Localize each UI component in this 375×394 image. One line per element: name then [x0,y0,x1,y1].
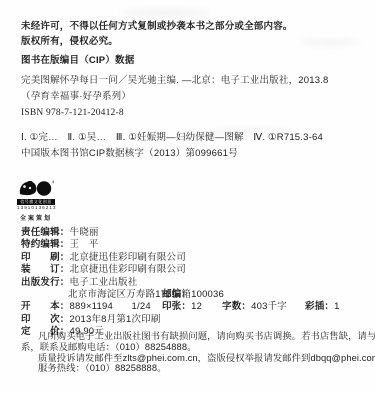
planning-agency-stamp: ® 信号旗文化创意 13910136213 全案策划 [17,179,55,222]
color-plates: 彩插：1 [305,301,340,313]
scan-artifact [300,38,360,46]
row-label: 开 本： [21,301,70,312]
printer-row: 印 刷：北京捷迅佳彩印刷有限公司 [21,252,361,264]
row-label: 印 次： [21,314,70,325]
cip-series: （孕育幸福事·好孕系列） [21,90,329,103]
copyright-notice: 未经许可，不得以任何方式复制或抄袭本书之部分或全部内容。 版权所有，侵权必究。 [21,19,293,49]
service-notice-block: 凡所购买电子工业出版社图书有缺损问题，请向购买书店调换。若书店售缺，请与本社发行… [21,331,361,374]
cip-heading: 图书在版编目（CIP）数据 [21,54,329,67]
notice-line-1: 未经许可，不得以任何方式复制或抄袭本书之部分或全部内容。 [21,19,293,34]
cip-data-block: 图书在版编目（CIP）数据 完美图解怀孕每日一问／吴光驰主编. —北京：电子工业… [21,54,329,160]
word-count: 字数：403千字 [222,301,287,313]
copyright-page: 未经许可，不得以任何方式复制或抄袭本书之部分或全部内容。 版权所有，侵权必究。 … [0,0,375,394]
contributing-editor-row: 特约编辑：王 平 [21,239,361,251]
publisher-row: 出版发行：电子工业出版社 [21,277,361,289]
service-hotline-line: 服务热线：（010）88258888。 [21,363,361,374]
row-value: 王 平 [70,239,99,250]
binding-row: 装 订：北京捷迅佳彩印刷有限公司 [21,264,361,276]
notice-line-2: 版权所有，侵权必究。 [21,34,293,49]
row-value: 2013年8月第1次印刷 [70,314,161,325]
format-row: 开 本：889×11941/24 印张：12 字数：403千字 彩插：1 [21,301,361,313]
postcode: 邮编：100036 [162,289,224,301]
row-value: 北京捷迅佳彩印刷有限公司 [70,252,186,263]
print-run-row: 印 次：2013年8月第1次印刷 [21,314,361,326]
row-label: 出版发行： [21,277,70,288]
row-label: 装 订： [21,264,70,275]
cip-record-number: 中国版本图书馆CIP数据核字（2013）第099661号 [21,147,329,160]
row-value: 北京捷迅佳彩印刷有限公司 [70,264,186,275]
row-value: 牛晓丽 [70,227,99,238]
row-label: 责任编辑： [21,227,70,238]
cip-classification: Ⅰ. ①完… Ⅱ. ①吴… Ⅲ. ①妊娠期—妇幼保健—图解 Ⅳ. ①R715.3… [21,131,329,144]
service-para-line-1: 凡所购买电子工业出版社图书有缺损问题，请向购买书店调换。若书店售缺，请与本社发行… [21,331,361,342]
row-label: 特约编辑： [21,239,70,250]
service-para-line-2: 系，联系及邮购电话：（010）88254888。 [21,342,361,353]
agency-caption: 全案策划 [17,213,55,222]
printed-sheets: 印张：12 [162,301,202,313]
scan-artifact [120,8,210,18]
colophon-block: 责任编辑：牛晓丽 特约编辑：王 平 印 刷：北京捷迅佳彩印刷有限公司 装 订：北… [21,227,361,339]
panda-circle-logo-icon: ® [18,179,54,198]
agency-phone: 13910136213 [17,205,55,210]
format-fraction: 1/24 [132,301,151,312]
publisher-address-row: 北京市海淀区万寿路173信箱 邮编：100036 [21,289,361,301]
quality-complaint-line: 质量投诉请发邮件至zlts@phei.com.cn，盗版侵权举报请发邮件到dbq… [21,353,361,364]
registered-trademark-glyph: ® [52,180,54,185]
cip-title-statement: 完美图解怀孕每日一问／吴光驰主编. —北京：电子工业出版社，2013.8 [21,74,329,87]
editor-row: 责任编辑：牛晓丽 [21,227,361,239]
trim-size: 889×1194 [70,301,132,313]
isbn-number: ISBN 978-7-121-20412-8 [21,107,329,120]
row-value: 电子工业出版社 [70,277,138,288]
row-label: 印 刷： [21,252,70,263]
